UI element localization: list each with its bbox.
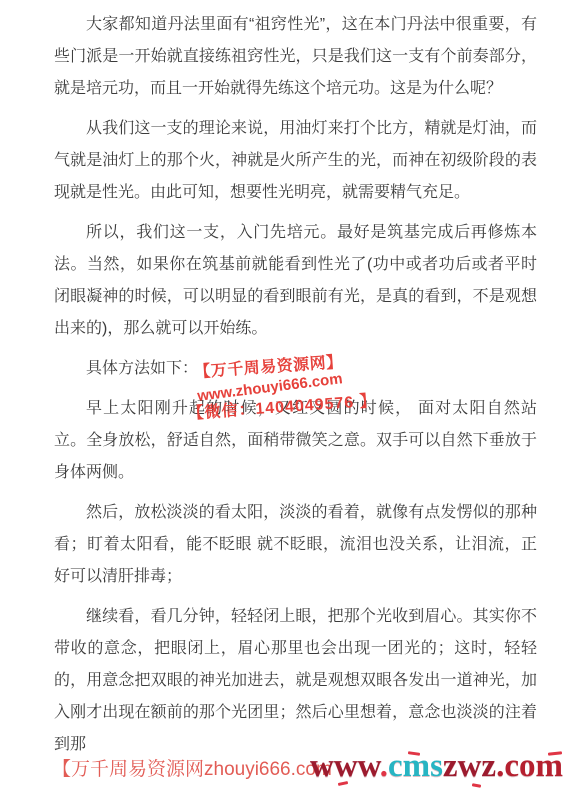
footer-site-logo: www.cmszwz.com — [310, 746, 563, 786]
logo-accent-mark — [472, 783, 481, 788]
logo-segment-zwz: zwz — [443, 748, 496, 784]
footer-source-text: 【万千周易资源网zhouyi666.com — [52, 757, 332, 783]
logo-segment-dot1: . — [380, 748, 388, 784]
paragraph-step-stand: 早上太阳刚升起的时候，又红又圆的时候， 面对太阳自然站立。全身放松，舒适自然，面… — [54, 393, 537, 489]
paragraph-step-gaze: 然后，放松淡淡的看太阳，淡淡的看着，就像有点发愣似的那种看；盯着太阳看，能不眨眼… — [54, 497, 537, 593]
paragraph-step-close-eyes: 继续看，看几分钟，轻轻闭上眼，把那个光收到眉心。其实你不带收的意念，把眼闭上，眉… — [54, 601, 537, 761]
document-body: 大家都知道丹法里面有“祖窍性光”，这在本门丹法中很重要，有些门派是一开始就直接练… — [54, 9, 537, 769]
paragraph-prerequisite: 所以，我们这一支，入门先培元。最好是筑基完成后再修炼本法。当然，如果你在筑基前就… — [54, 217, 537, 345]
paragraph-theory: 从我们这一支的理论来说，用油灯来打个比方，精就是灯油，而气就是油灯上的那个火，神… — [54, 113, 537, 209]
document-page: 大家都知道丹法里面有“祖窍性光”，这在本门丹法中很重要，有些门派是一开始就直接练… — [0, 0, 575, 790]
paragraph-method-heading: 具体方法如下： — [54, 353, 537, 385]
logo-segment-www: www — [310, 748, 380, 784]
paragraph-intro: 大家都知道丹法里面有“祖窍性光”，这在本门丹法中很重要，有些门派是一开始就直接练… — [54, 9, 537, 105]
